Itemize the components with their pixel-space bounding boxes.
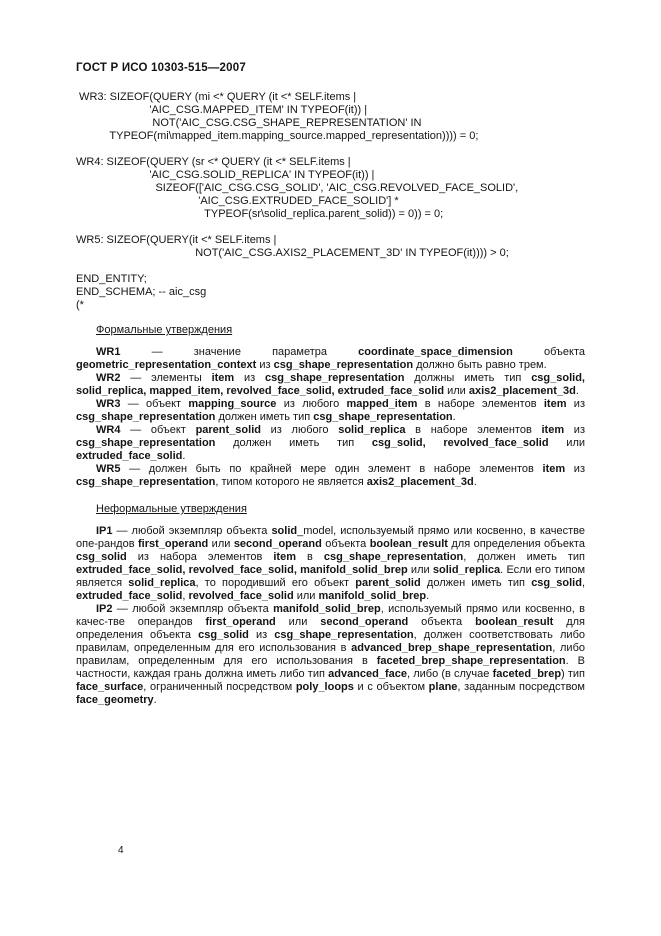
express-code-block: WR3: SIZEOF(QUERY (mi <* QUERY (it <* SE… — [76, 91, 585, 312]
paragraph-wr2: WR2 — элементы item из csg_shape_represe… — [76, 372, 585, 398]
formal-assertions-heading: Формальные утверждения — [76, 324, 585, 337]
paragraph-wr4: WR4 — объект parent_solid из любого soli… — [76, 424, 585, 463]
page-number: 4 — [118, 845, 124, 857]
page-content: ГОСТ Р ИСО 10303-515—2007 WR3: SIZEOF(QU… — [76, 62, 585, 707]
paragraph-wr5: WR5 — должен быть по крайней мере один э… — [76, 463, 585, 489]
paragraph-wr1: WR1 — значение параметра coordinate_spac… — [76, 346, 585, 372]
informal-assertions-heading-text: Неформальные утверждения — [96, 503, 247, 515]
formal-assertions-section: Формальные утверждения WR1 — значение па… — [76, 324, 585, 489]
paragraph-wr3: WR3 — объект mapping_source из любого ma… — [76, 398, 585, 424]
informal-assertions-heading: Неформальные утверждения — [76, 503, 585, 516]
informal-assertions-section: Неформальные утверждения IP1 — любой экз… — [76, 503, 585, 707]
paragraph-ip2: IP2 — любой экземпляр объекта manifold_s… — [76, 603, 585, 707]
document-header: ГОСТ Р ИСО 10303-515—2007 — [76, 62, 585, 75]
document-page: ГОСТ Р ИСО 10303-515—2007 WR3: SIZEOF(QU… — [0, 0, 661, 936]
formal-assertions-heading-text: Формальные утверждения — [96, 324, 232, 336]
paragraph-ip1: IP1 — любой экземпляр объекта solid_mode… — [76, 525, 585, 603]
